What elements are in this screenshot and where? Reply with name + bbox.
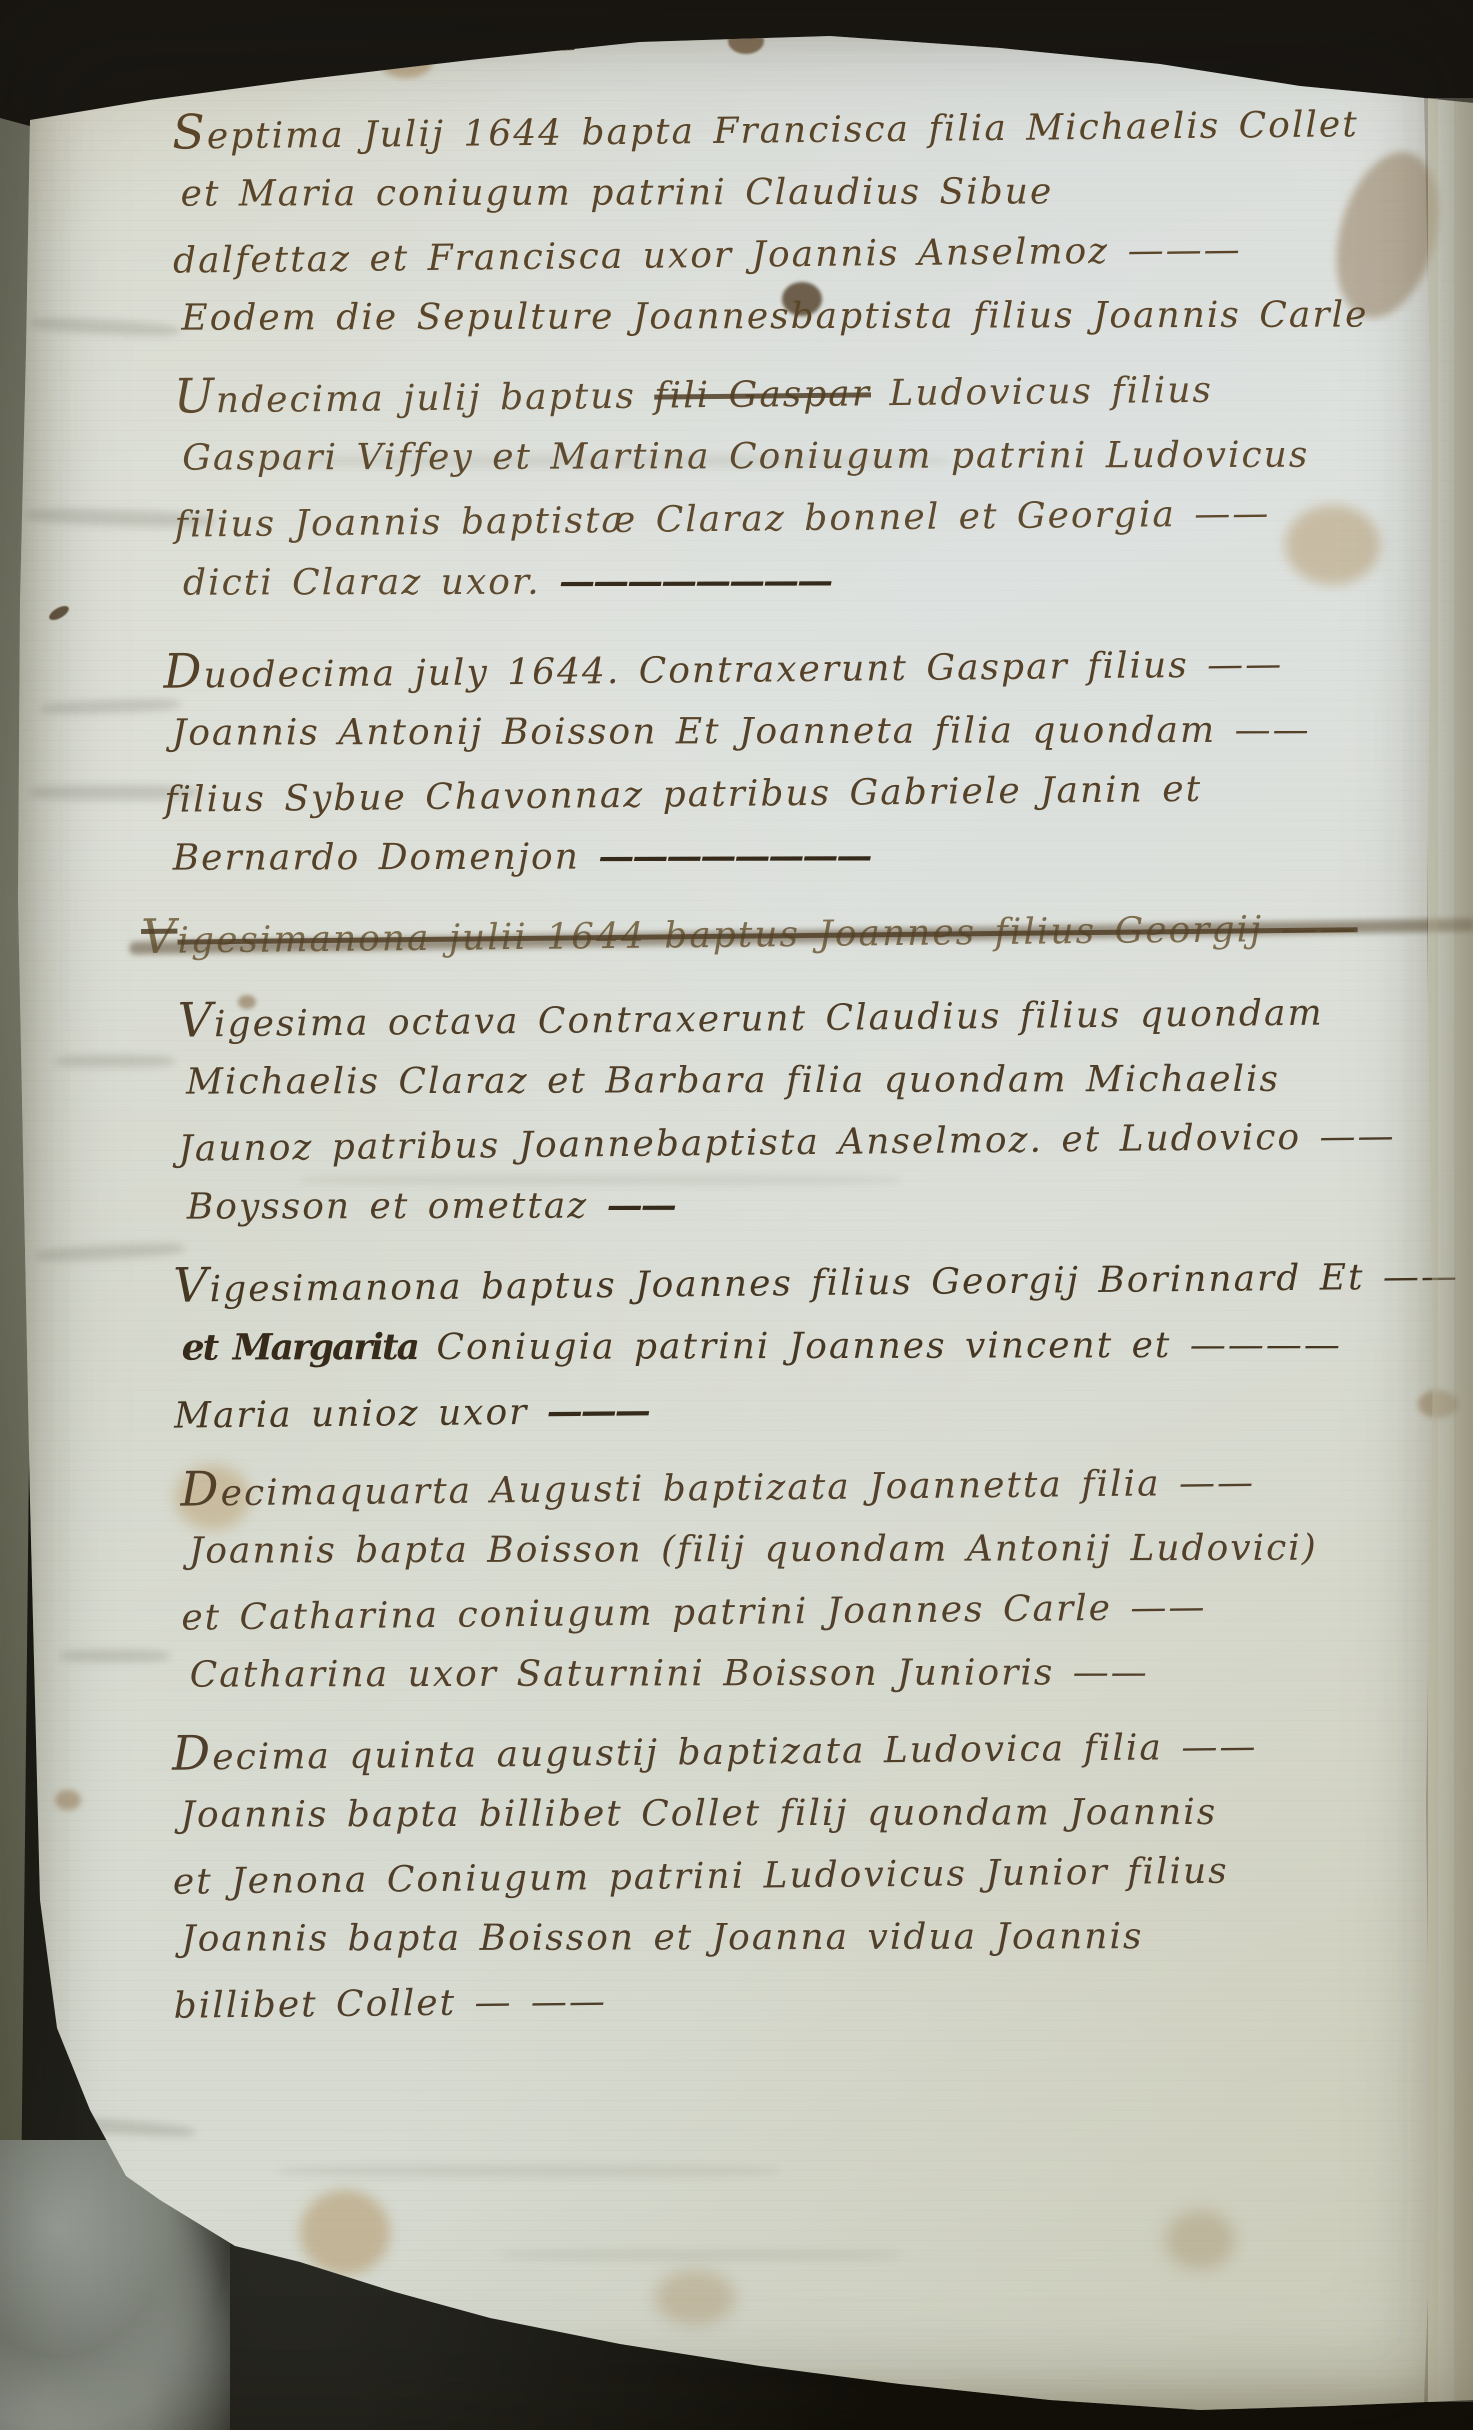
stain xyxy=(262,2375,327,2425)
register-entry: Vigesimanona julii 1644 baptus Joannes f… xyxy=(141,900,1446,970)
text-segment: filius Sybue Chavonnaz patribus Gabriele… xyxy=(164,769,1202,821)
register-entry: Decimaquarta Augusti baptizata Joannetta… xyxy=(180,1453,1450,1709)
text-segment: Undecima julij baptus xyxy=(174,376,655,422)
manuscript-line: Joannis bapta billibet Collet filij quon… xyxy=(180,1781,1451,1846)
text-segment: Jaunoz patribus Joannebaptista Anselmoz.… xyxy=(178,1116,1395,1170)
manuscript-line: Vigesimanona baptus Joannes filius Georg… xyxy=(173,1246,1449,1321)
text-segment: et Jenona Coniugum patrini Ludovicus Jun… xyxy=(173,1851,1229,1903)
manuscript-line: Vigesimanona julii 1644 baptus Joannes f… xyxy=(141,897,1447,973)
manuscript-line: Catharina uxor Saturnini Boisson Juniori… xyxy=(190,1641,1451,1706)
manuscript-line: Septima Julij 1644 bapta Francisca filia… xyxy=(172,93,1442,168)
text-segment: Joannis bapta Boisson et Joanna vidua Jo… xyxy=(181,1916,1143,1960)
stain xyxy=(1165,2210,1235,2270)
bleedthrough-mark xyxy=(60,1650,170,1662)
bleedthrough-mark xyxy=(45,2115,196,2139)
register-entry: Vigesimanona baptus Joannes filius Georg… xyxy=(173,1249,1449,1445)
text-segment: Septima Julij 1644 bapta Francisca filia… xyxy=(172,104,1359,157)
manuscript-line: Jaunoz patribus Joannebaptista Anselmoz.… xyxy=(178,1105,1448,1180)
manuscript-line: Gaspari Viffey et Martina Coniugum patri… xyxy=(182,424,1443,489)
text-segment: Gaspari Viffey et Martina Coniugum patri… xyxy=(182,435,1309,479)
manuscript-line: filius Joannis baptistæ Claraz bonnel et… xyxy=(174,481,1444,556)
manuscript-line: Duodecima july 1644. Contraxerunt Gaspar… xyxy=(163,632,1445,707)
manuscript-line: filius Sybue Chavonnaz patribus Gabriele… xyxy=(164,756,1446,831)
register-entry: Undecima julij baptus fili Gaspar Ludovi… xyxy=(174,360,1444,617)
register-entry: Vigesima octava Contraxerunt Claudius fi… xyxy=(177,984,1447,1241)
manuscript-line: Boysson et omettaz —— xyxy=(187,1172,1448,1238)
text-segment: et Maria coniugum patrini Claudius Sibue xyxy=(181,171,1054,214)
text-segment: Joannis bapta Boisson (filij quondam Ant… xyxy=(189,1528,1318,1572)
text-segment: Ludovicus filius xyxy=(871,370,1213,415)
register-entry: Decima quinta augustij baptizata Ludovic… xyxy=(172,1717,1453,2035)
text-segment: et Catharina coniugum patrini Joannes Ca… xyxy=(181,1587,1207,1639)
manuscript-line: Vigesima octava Contraxerunt Claudius fi… xyxy=(177,981,1447,1056)
register-entry: Duodecima july 1644. Contraxerunt Gaspar… xyxy=(163,635,1445,892)
manuscript-line: dicti Claraz uxor. ———————— xyxy=(183,548,1444,614)
text-segment: Joannis Antonij Boisson Et Joanneta fili… xyxy=(172,710,1311,754)
manuscript-line: et Catharina coniugum patrini Joannes Ca… xyxy=(181,1574,1451,1649)
text-segment: Michaelis Claraz et Barbara filia quonda… xyxy=(186,1059,1280,1103)
text-segment: Duodecima july 1644. Contraxerunt Gaspar… xyxy=(163,644,1283,697)
bleedthrough-mark xyxy=(280,2165,780,2177)
bleedthrough-mark xyxy=(500,2250,900,2260)
text-segment: Decimaquarta Augusti baptizata Joannetta… xyxy=(180,1462,1255,1514)
text-segment: Vigesimanona julii 1644 baptus Joannes f… xyxy=(141,908,1358,962)
manuscript-line: Bernardo Domenjon ———————— xyxy=(173,823,1446,889)
stain xyxy=(655,2270,735,2325)
stain xyxy=(380,48,432,78)
text-segment: Coniugia patrini Joannes vincent et ———— xyxy=(418,1325,1342,1368)
manuscript-text: Septima Julij 1644 bapta Francisca filia… xyxy=(172,96,1453,2051)
text-segment: Vigesima octava Contraxerunt Claudius fi… xyxy=(177,993,1323,1046)
manuscript-line: Maria unioz uxor ——— xyxy=(174,1371,1450,1447)
text-segment: Catharina uxor Saturnini Boisson Juniori… xyxy=(190,1652,1149,1696)
bleedthrough-mark xyxy=(40,698,180,716)
stain xyxy=(55,1790,81,1810)
text-segment: Eodem die Sepulture Joannesbaptista fili… xyxy=(181,295,1368,339)
text-segment: Decima quinta augustij baptizata Ludovic… xyxy=(172,1726,1258,1778)
year-heading: 1644 xyxy=(411,0,592,71)
pen-mark xyxy=(47,603,71,623)
text-segment: Joannis bapta billibet Collet filij quon… xyxy=(180,1792,1217,1836)
text-segment: dicti Claraz uxor. xyxy=(183,562,559,604)
text-segment: Vigesimanona baptus Joannes filius Georg… xyxy=(173,1256,1459,1310)
text-segment: fili Gaspar xyxy=(654,373,871,416)
bleedthrough-mark xyxy=(35,1241,186,1263)
manuscript-line: dalfettaz et Francisca uxor Joannis Anse… xyxy=(173,217,1443,292)
manuscript-line: Joannis Antonij Boisson Et Joanneta fili… xyxy=(172,699,1445,764)
manuscript-line: Eodem die Sepulture Joannesbaptista fili… xyxy=(181,284,1442,349)
manuscript-line: Undecima julij baptus fili Gaspar Ludovi… xyxy=(174,357,1444,432)
text-segment: dalfettaz et Francisca uxor Joannis Anse… xyxy=(173,229,1242,281)
manuscript-line: Decimaquarta Augusti baptizata Joannetta… xyxy=(180,1450,1450,1525)
text-segment: billibet Collet — —— xyxy=(173,1981,607,2027)
manuscript-line: billibet Collet — —— xyxy=(173,1962,1453,2037)
manuscript-line: et Jenona Coniugum patrini Ludovicus Jun… xyxy=(173,1838,1453,1913)
manuscript-line: Joannis bapta Boisson et Joanna vidua Jo… xyxy=(181,1905,1452,1970)
stain xyxy=(300,2190,390,2275)
text-segment: —— xyxy=(607,1184,675,1226)
manuscript-line: et Margarita Coniugia patrini Joannes vi… xyxy=(182,1313,1449,1379)
text-segment: ——— xyxy=(547,1390,649,1433)
manuscript-line: et Maria coniugum patrini Claudius Sibue xyxy=(181,160,1442,225)
text-segment: ———————— xyxy=(559,560,831,603)
ink-blot xyxy=(728,28,764,54)
manuscript-photo: { "page": { "year_heading": "1644", "col… xyxy=(0,0,1473,2430)
manuscript-line: Joannis bapta Boisson (filij quondam Ant… xyxy=(189,1517,1450,1582)
bleedthrough-mark xyxy=(30,316,181,338)
text-segment: Boysson et omettaz xyxy=(187,1186,607,1228)
manuscript-line: Michaelis Claraz et Barbara filia quonda… xyxy=(186,1048,1447,1113)
text-segment: Bernardo Domenjon xyxy=(173,837,599,879)
text-segment: Maria unioz uxor xyxy=(174,1392,547,1437)
text-segment: filius Joannis baptistæ Claraz bonnel et… xyxy=(174,493,1270,545)
text-segment: et Margarita xyxy=(182,1326,418,1369)
register-entry: Septima Julij 1644 bapta Francisca filia… xyxy=(172,96,1442,352)
bleedthrough-mark xyxy=(55,1055,175,1067)
text-segment: ———————— xyxy=(598,835,870,878)
manuscript-line: Decima quinta augustij baptizata Ludovic… xyxy=(172,1714,1452,1789)
manuscript-page: 1644 Septima Julij 1644 bapta Francisca … xyxy=(0,0,1473,2430)
